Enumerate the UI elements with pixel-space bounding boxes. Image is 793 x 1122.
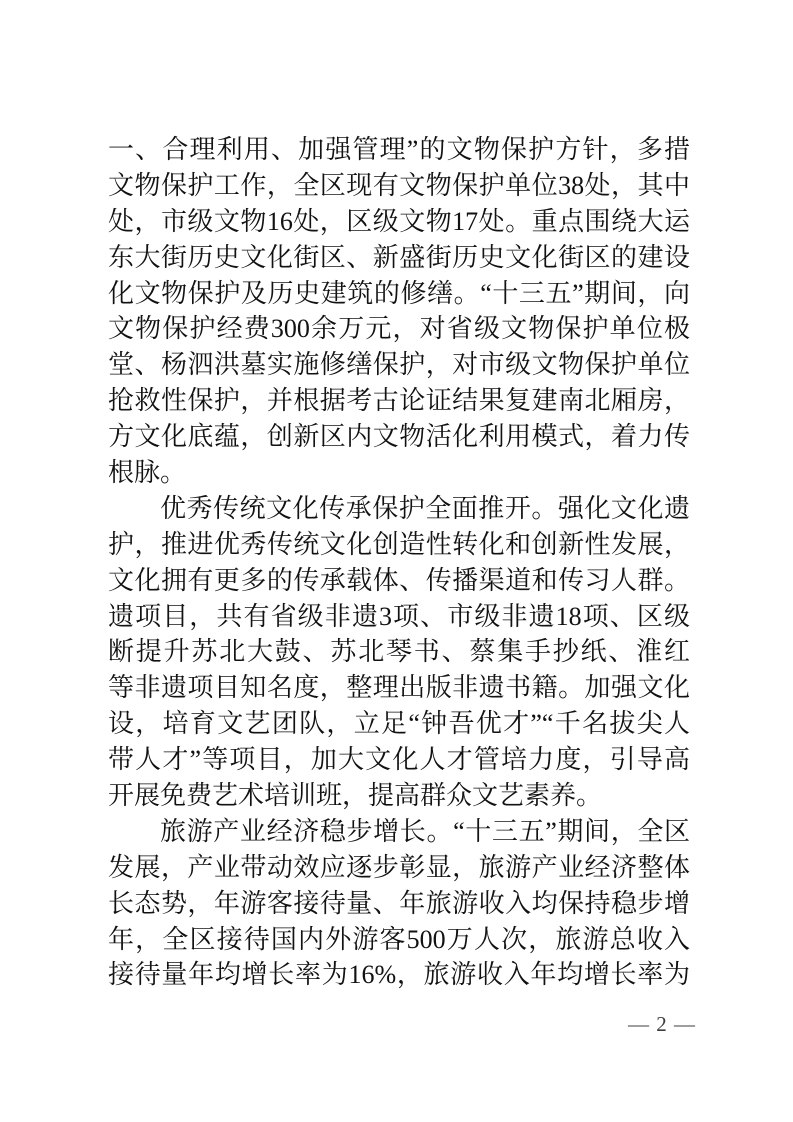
- text-line: 处，市级文物16处，区级文物17处。重点围绕大运河文化带、: [108, 204, 690, 240]
- page-number: — 2 —: [628, 1012, 696, 1036]
- text-line: 设，培育文艺团队，立足“钟吾优才”“千名拔尖人才”“省乡土三: [108, 706, 690, 742]
- text-line: 优秀传统文化传承保护全面推开。强化文化遗产系统性保: [108, 491, 690, 527]
- text-line: 发展，产业带动效应逐步彰显，旅游产业经济整体保持稳步增: [108, 850, 690, 886]
- text-line: 遗项目，共有省级非遗3项、市级非遗18项、区级非遗20项，不: [108, 599, 690, 635]
- text-line: 年，全区接待国内外游客500万人次，旅游总收入60亿元，游客: [108, 922, 690, 958]
- text-line: 方文化底蕴，创新区内文物活化利用模式，着力传承城市文化: [108, 419, 690, 455]
- text-line: 化文物保护及历史建筑的修缮。“十三五”期间，向上争取各类: [108, 276, 690, 312]
- text-line: 东大街历史文化街区、新盛街历史文化街区的建设和打造，强: [108, 240, 690, 276]
- text-line: 开展免费艺术培训班，提高群众文艺素养。: [108, 778, 690, 814]
- text-line: 带人才”等项目，加大文化人才管培力度，引导高层次艺术人才: [108, 742, 690, 778]
- text-line: 旅游产业经济稳步增长。“十三五”期间，全区旅游业快速: [108, 814, 690, 850]
- text-line: 长态势，年游客接待量、年旅游收入均保持稳步增长，2020: [108, 886, 690, 922]
- text-line: 断提升苏北大鼓、苏北琴书、蔡集手抄纸、淮红戏、双庄烙画: [108, 634, 690, 670]
- text-line: 接待量年均增长率为16%，旅游收入年均增长率为14%。: [108, 957, 690, 993]
- text-line: 文物保护工作，全区现有文物保护单位38处，其中省级文物5: [108, 168, 690, 204]
- text-line: 护，推进优秀传统文化创造性转化和创新性发展，让优秀传统: [108, 527, 690, 563]
- text-line: 根脉。: [108, 455, 690, 491]
- text-line: 文化拥有更多的传承载体、传播渠道和传习人群。深入挖掘非: [108, 563, 690, 599]
- body-text: 一、合理利用、加强管理”的文物保护方针，多措并举做好全区 文物保护工作，全区现有…: [108, 132, 690, 993]
- text-line: 一、合理利用、加强管理”的文物保护方针，多措并举做好全区: [108, 132, 690, 168]
- page-footer: — 2 —: [108, 1012, 696, 1037]
- paragraph: 旅游产业经济稳步增长。“十三五”期间，全区旅游业快速 发展，产业带动效应逐步彰显…: [108, 814, 690, 993]
- text-line: 等非遗项目知名度，整理出版非遗书籍。加强文化人才队伍建: [108, 670, 690, 706]
- text-line: 堂、杨泗洪墓实施修缮保护，对市级文物保护单位大王庙进行: [108, 347, 690, 383]
- text-line: 文物保护经费300余万元，对省级文物保护单位极乐律院、耶稣: [108, 311, 690, 347]
- document-page: 一、合理利用、加强管理”的文物保护方针，多措并举做好全区 文物保护工作，全区现有…: [0, 0, 793, 1122]
- text-line: 抢救性保护，并根据考古论证结果复建南北厢房，通过深挖地: [108, 383, 690, 419]
- paragraph: 一、合理利用、加强管理”的文物保护方针，多措并举做好全区 文物保护工作，全区现有…: [108, 132, 690, 491]
- paragraph: 优秀传统文化传承保护全面推开。强化文化遗产系统性保 护，推进优秀传统文化创造性转…: [108, 491, 690, 814]
